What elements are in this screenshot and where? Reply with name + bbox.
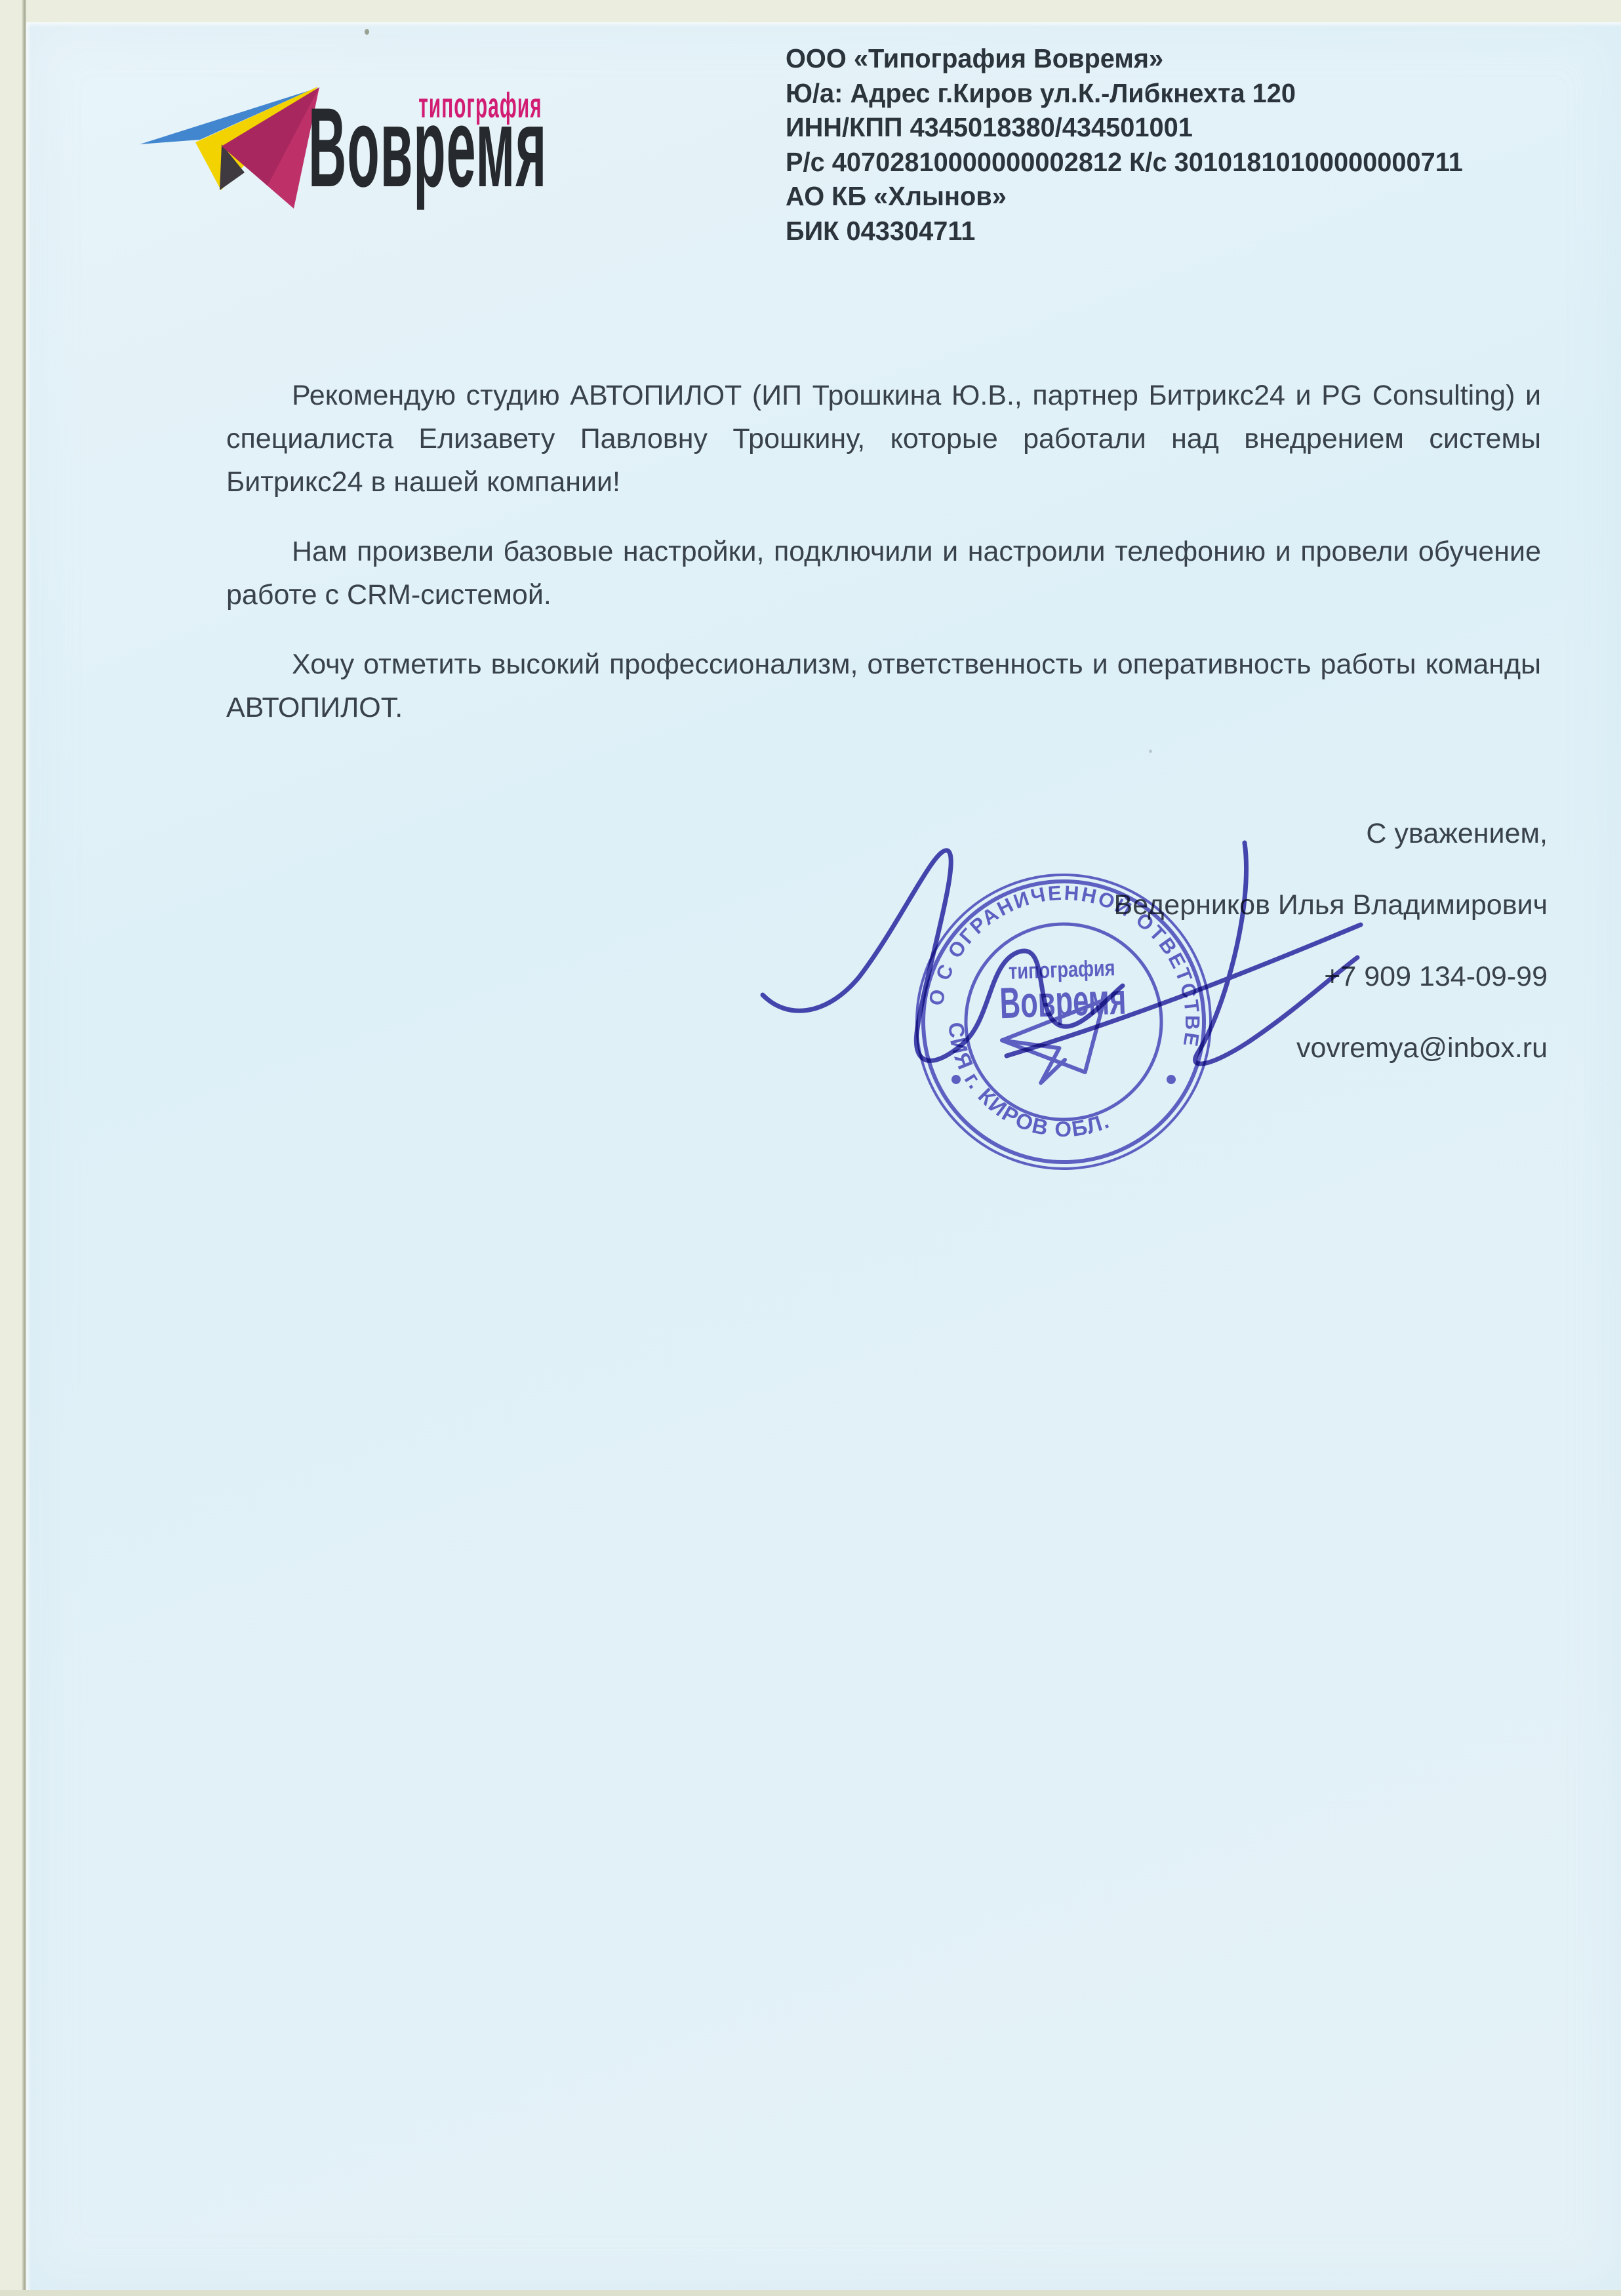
dust-speck — [1149, 750, 1152, 753]
logo-brand: Вовремя — [308, 91, 547, 204]
body-line: специалиста Елизавету Павловну Трошкину,… — [226, 417, 1541, 460]
company-accounts: Р/с 40702810000000002812 К/с 30101810100… — [786, 145, 1593, 180]
body-line: Нам произвели базовые настройки, подключ… — [226, 530, 1541, 573]
dust-speck — [365, 29, 369, 35]
paragraph: Нам произвели базовые настройки, подключ… — [226, 530, 1541, 616]
paragraph: Рекомендую студию АВТОПИЛОТ (ИП Трошкина… — [226, 374, 1541, 504]
company-address: Ю/а: Адрес г.Киров ул.К.-Либкнехта 120 — [786, 76, 1593, 111]
letterhead-details: ООО «Типография Вовремя» Ю/а: Адрес г.Ки… — [786, 41, 1593, 248]
letter-body: Рекомендую студию АВТОПИЛОТ (ИП Трошкина… — [226, 374, 1541, 755]
handwritten-signature — [748, 823, 1390, 1108]
body-line: работе с CRM-системой. — [226, 573, 1541, 616]
company-name: ООО «Типография Вовремя» — [786, 41, 1593, 76]
body-line: Рекомендую студию АВТОПИЛОТ (ИП Трошкина… — [226, 374, 1541, 417]
body-line: АВТОПИЛОТ. — [226, 686, 1541, 729]
paper-plane-logo-icon — [128, 72, 325, 226]
paragraph: Хочу отметить высокий профессионализм, о… — [226, 643, 1541, 729]
body-line: Битрикс24 в нашей компании! — [226, 460, 1541, 504]
company-inn-kpp: ИНН/КПП 4345018380/434501001 — [786, 110, 1593, 145]
body-line: Хочу отметить высокий профессионализм, о… — [226, 643, 1541, 686]
company-bik: БИК 043304711 — [786, 214, 1593, 249]
company-bank: АО КБ «Хлынов» — [786, 179, 1593, 214]
letter-page: типография Вовремя ООО «Типография Вовре… — [26, 22, 1621, 2290]
scanner-bottom-strip — [0, 2290, 1621, 2296]
scanner-edge-line — [22, 0, 26, 2296]
